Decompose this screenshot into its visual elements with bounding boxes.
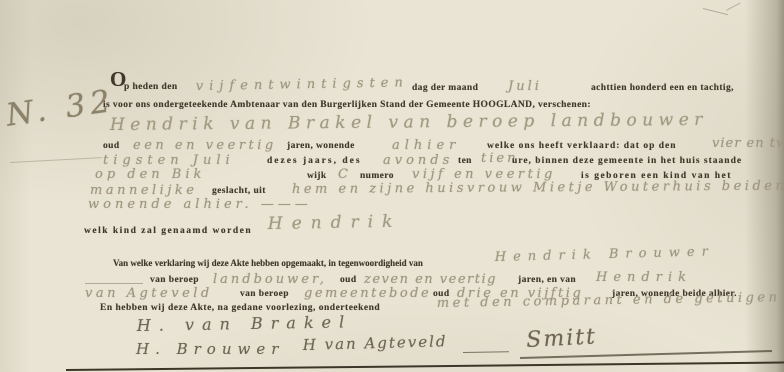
label-ten: ten (458, 156, 472, 166)
label-numero: numero (360, 171, 394, 181)
signature-witness2: H van Agteveld (303, 332, 448, 354)
handwritten-child-name: Hendrik (268, 212, 402, 234)
label-declaration: welke ons heeft verklaard: dat op den (487, 141, 677, 151)
pencil-scribble-mark (703, 8, 728, 15)
handwritten-birth-day-part1: vier en twin (712, 136, 784, 151)
handwritten-declarant-name: Hendrik van Brakel van beroep landbouwer (110, 110, 708, 135)
blank-fill-line (85, 283, 143, 284)
handwritten-month: Juli (508, 79, 542, 94)
label-ure-gemeente: ure, binnen deze gemeente in het huis st… (512, 156, 742, 166)
handwritten-wijk-letter: C (338, 167, 348, 182)
label-dezes-jaars: dezes jaars, des (267, 156, 362, 166)
handwritten-witness2-firstname: Hendrik (596, 270, 692, 285)
label-oud-1: oud (340, 275, 357, 285)
signature-dash (463, 351, 509, 353)
handwritten-daypart: avonds (383, 153, 453, 168)
act-number: N. 32 (4, 83, 117, 134)
handwritten-witness1-age: zeven en veertig (364, 272, 497, 287)
handwritten-declarant-age: een en veertig (133, 138, 277, 153)
handwritten-witness1-profession: landbouwer, (213, 272, 327, 287)
margin-squiggle (10, 157, 102, 163)
label-witnesses-intro: Van welke verklaring wij deze Akte hebbe… (113, 258, 423, 268)
printed-year: achttien honderd een en tachtig, (591, 83, 734, 93)
label-van-beroep-2: van beroep (240, 289, 289, 299)
label-oud: oud (103, 141, 120, 151)
handwritten-residence: alhier (392, 138, 460, 153)
opening-text: p heden den (124, 82, 178, 92)
label-wijk: wijk (307, 171, 327, 181)
label-jaren-en-van: jaren, en van (518, 275, 576, 285)
signature-declarant: H. van Brakel (137, 312, 353, 335)
handwritten-parents: hem en zijne huisvrouw Mietje Wouterhuis… (292, 179, 784, 197)
handwritten-witness2-profession: gemeentebode (304, 286, 431, 301)
handwritten-parents-residence: wonende alhier. ——— (88, 197, 312, 212)
handwritten-gender: mannelijke (90, 183, 197, 198)
label-geslacht-uit: geslacht, uit (212, 186, 266, 196)
signature-registrar: Smitt (526, 324, 598, 353)
label-day-of-month: dag der maand (412, 83, 478, 93)
label-child-name: welk kind zal genaamd worden (84, 226, 252, 236)
pencil-scribble-mark (726, 2, 741, 10)
birth-certificate-scan: N. 32 O p heden den vijfentwintigsten da… (0, 0, 784, 372)
registrar-statement-line: is voor ons ondergeteekende Ambtenaar va… (103, 100, 591, 110)
label-jaren-wonende: jaren, wonende (287, 141, 355, 151)
bottom-rule (66, 361, 784, 371)
handwritten-witness1-name: Hendrik Brouwer (495, 244, 715, 265)
handwritten-house-location: op den Bik (95, 167, 205, 182)
handwritten-witness2-surname: van Agteveld (85, 286, 213, 301)
label-van-beroep-1: van beroep (150, 275, 199, 285)
signature-witness1: H. Brouwer (136, 340, 284, 358)
handwritten-registration-day: vijfentwintigsten (196, 75, 409, 94)
handwritten-birth-day-part2: tigsten Juli (103, 153, 235, 168)
